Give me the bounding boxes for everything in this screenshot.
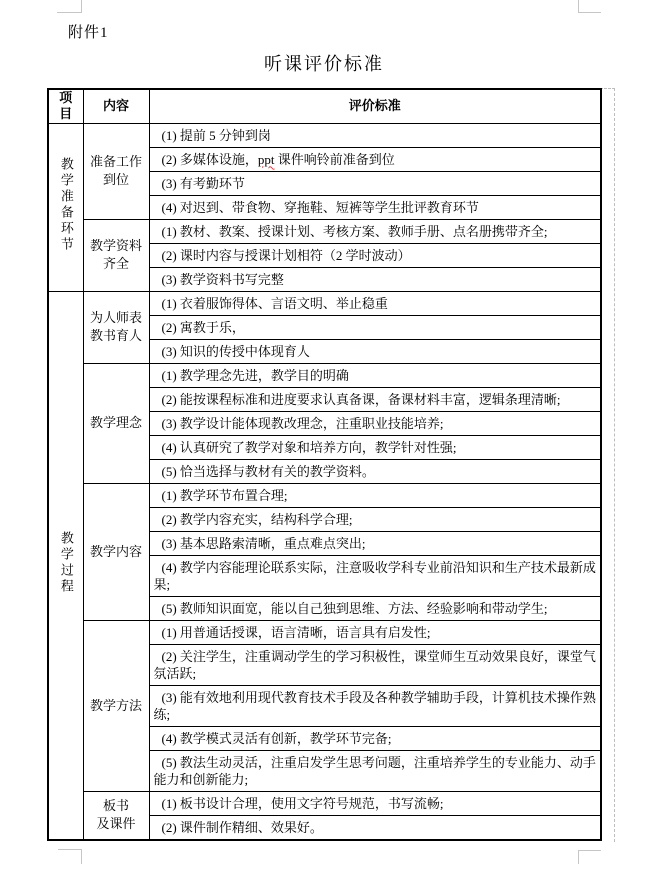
section-label: 教学过程 [59, 531, 73, 595]
criteria-cell: (5) 教师知识面宽，能以自己独到思维、方法、经验影响和带动学生; [149, 596, 601, 620]
criteria-cell: (1) 提前 5 分钟到岗 [149, 123, 601, 147]
table-boundary-dash-vertical [614, 88, 615, 842]
criteria-cell: (3) 有考勤环节 [149, 171, 601, 195]
content-group-cell: 教学方法 [83, 620, 149, 791]
document-page: { "document": { "attachment_label": "附件1… [0, 0, 648, 872]
criteria-cell: (2) 教学内容充实，结构科学合理; [149, 507, 601, 531]
section-cell-1: 教学过程 [48, 291, 83, 840]
content-group-cell: 教学资料齐全 [83, 219, 149, 291]
crop-mark-top-left-icon [57, 0, 82, 13]
content-group-cell: 教学理念 [83, 363, 149, 483]
page-title: 听课评价标准 [0, 50, 648, 76]
criteria-cell: (4) 教学模式灵活有创新，教学环节完备; [149, 726, 601, 750]
criteria-cell: (1) 衣着服饰得体、言语文明、举止稳重 [149, 291, 601, 315]
crop-mark-top-right-icon [578, 0, 601, 13]
table-row: 教学过程为人师表教书育人(1) 衣着服饰得体、言语文明、举止稳重 [48, 291, 601, 315]
criteria-cell: (5) 教法生动灵活，注重启发学生思考问题，注重培养学生的专业能力、动手能力和创… [149, 750, 601, 791]
criteria-cell: (1) 教学环节布置合理; [149, 483, 601, 507]
criteria-cell: (4) 教学内容能理论联系实际，注意吸收学科专业前沿知识和生产技术最新成果; [149, 555, 601, 596]
table-row: 教学准备环节准备工作到位(1) 提前 5 分钟到岗 [48, 123, 601, 147]
header-criteria: 评价标准 [149, 89, 601, 123]
table-row: 教学方法(1) 用普通话授课，语言清晰，语言具有启发性; [48, 620, 601, 644]
criteria-cell: (2) 寓教于乐， [149, 315, 601, 339]
criteria-cell: (4) 认真研究了教学对象和培养方向，教学针对性强; [149, 435, 601, 459]
table-row: 板书 及课件(1) 板书设计合理，使用文字符号规范，书写流畅; [48, 791, 601, 815]
table-row: 教学资料齐全(1) 教材、教案、授课计划、考核方案、教师手册、点名册携带齐全; [48, 219, 601, 243]
spellcheck-squiggle: ppt [258, 152, 275, 167]
attachment-label: 附件1 [68, 21, 109, 42]
section-label: 教学准备环节 [59, 157, 73, 253]
section-cell-0: 教学准备环节 [48, 123, 83, 291]
content-group-cell: 为人师表教书育人 [83, 291, 149, 363]
evaluation-table: 项目 内容 评价标准 教学准备环节准备工作到位(1) 提前 5 分钟到岗(2) … [47, 88, 602, 841]
criteria-cell: (3) 能有效地利用现代教育技术手段及各种教学辅助手段，计算机技术操作熟练; [149, 685, 601, 726]
criteria-cell: (2) 课时内容与授课计划相符（2 学时波动） [149, 243, 601, 267]
content-group-cell: 准备工作到位 [83, 123, 149, 219]
criteria-cell: (3) 知识的传授中体现育人 [149, 339, 601, 363]
content-group-cell: 板书 及课件 [83, 791, 149, 840]
table-row: 教学内容(1) 教学环节布置合理; [48, 483, 601, 507]
criteria-cell: (1) 板书设计合理，使用文字符号规范，书写流畅; [149, 791, 601, 815]
crop-mark-bottom-left-icon [58, 849, 82, 864]
criteria-cell: (4) 对迟到、带食物、穿拖鞋、短裤等学生批评教育环节 [149, 195, 601, 219]
criteria-cell: (2) 能按课程标准和进度要求认真备课，备课材料丰富，逻辑条理清晰; [149, 387, 601, 411]
table-header-row: 项目 内容 评价标准 [48, 89, 601, 123]
content-group-cell: 教学内容 [83, 483, 149, 620]
header-item: 项目 [48, 89, 83, 123]
criteria-cell: (1) 教材、教案、授课计划、考核方案、教师手册、点名册携带齐全; [149, 219, 601, 243]
criteria-cell: (3) 教学资料书写完整 [149, 267, 601, 291]
criteria-cell: (2) 课件制作精细、效果好。 [149, 815, 601, 840]
table-row: 教学理念(1) 教学理念先进，教学目的明确 [48, 363, 601, 387]
criteria-cell: (2) 多媒体设施，ppt 课件响铃前准备到位 [149, 147, 601, 171]
criteria-cell: (3) 教学设计能体现教改理念，注重职业技能培养; [149, 411, 601, 435]
criteria-cell: (2) 关注学生，注重调动学生的学习积极性，课堂师生互动效果良好，课堂气氛活跃; [149, 644, 601, 685]
crop-mark-bottom-right-icon [578, 850, 601, 864]
header-content: 内容 [83, 89, 149, 123]
criteria-cell: (1) 教学理念先进，教学目的明确 [149, 363, 601, 387]
table-boundary-dash-horizontal [600, 88, 615, 89]
criteria-cell: (1) 用普通话授课，语言清晰，语言具有启发性; [149, 620, 601, 644]
criteria-cell: (5) 恰当选择与教材有关的教学资料。 [149, 459, 601, 483]
criteria-cell: (3) 基本思路索清晰，重点难点突出; [149, 531, 601, 555]
evaluation-table-container: 项目 内容 评价标准 教学准备环节准备工作到位(1) 提前 5 分钟到岗(2) … [47, 88, 602, 841]
